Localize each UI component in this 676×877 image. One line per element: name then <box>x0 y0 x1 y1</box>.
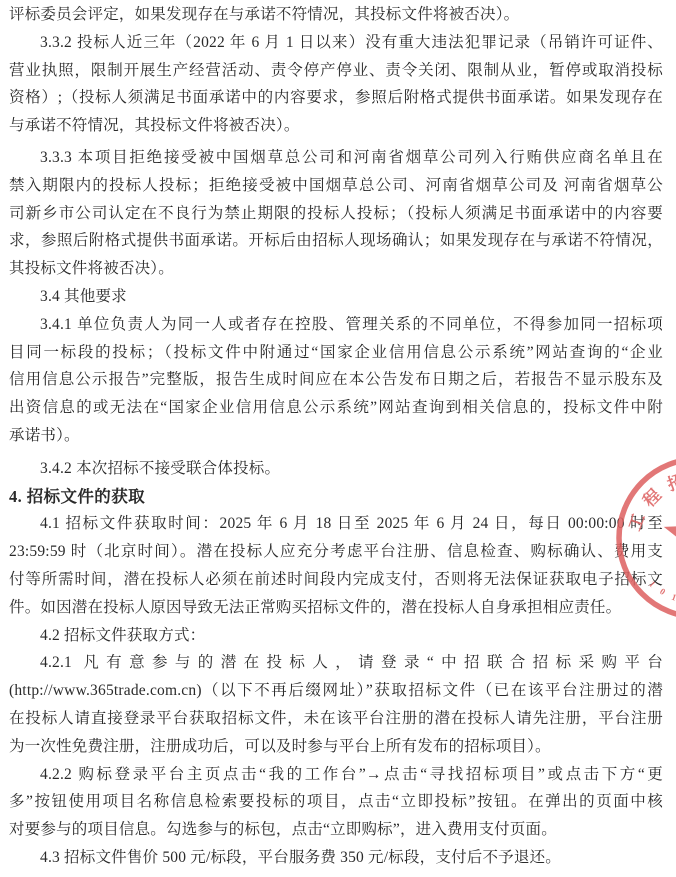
doc-line: 为一次性免费注册，注册成功后，可以及时参与平台上所有发布的招标项目）。 <box>9 733 663 761</box>
clause-4-2-1-line: 4.2.1 凡有意参与的潜在投标人，请登录“中招联合招标采购平台 <box>9 649 663 677</box>
seal-serial-digit: 0 <box>658 586 668 597</box>
seal-ring-character: 程 <box>639 485 665 511</box>
clause-3-3-2-line: 3.3.2 投标人近三年（2022 年 6 月 1 日以来）没有重大违法犯罪记录… <box>9 29 663 57</box>
doc-line: 求，参照后附格式提供书面承诺。开标后由招标人现场确认；如果发现存在与承诺不符情况… <box>9 227 663 255</box>
seal-serial-digit: 1 <box>647 579 658 589</box>
doc-line: 司新乡市公司认定在不良行为禁止期限的投标人投标；（投标人须满足书面承诺中的内容要 <box>9 200 663 228</box>
doc-line: 承诺书）。 <box>9 422 663 450</box>
doc-line: 信用信息公示报告”完整版，报告生成时间应在本公告发布日期之后，若报告不显示股东及 <box>9 366 663 394</box>
clause-3-4-1-line: 3.4.1 单位负责人为同一人或者存在控股、管理关系的不同单位，不得参加同一招标… <box>9 311 663 339</box>
official-seal-stamp: 工 程 招 1 0 1 0 <box>610 450 676 630</box>
doc-line: 其投标文件将被否决）。 <box>9 255 663 283</box>
doc-line: (http://www.365trade.com.cn)（以下不再后缀网址）”获… <box>9 677 663 705</box>
clause-4-1-line: 4.1 招标文件获取时间：2025 年 6 月 18 日至 2025 年 6 月… <box>9 510 663 538</box>
clause-4-2-line: 4.2 招标文件获取方式： <box>9 622 663 650</box>
doc-line: 付等所需时间，潜在投标人必须在前述时间段内完成支付，否则将无法保证获取电子招标文 <box>9 566 663 594</box>
clause-4-2-2-line: 4.2.2 购标登录平台主页点击“我的工作台”→点击“寻找招标项目”或点击下方“… <box>9 761 663 789</box>
clause-3-3-3-line: 3.3.3 本项目拒绝接受被中国烟草总公司和河南省烟草公司列入行贿供应商名单且在 <box>9 144 663 172</box>
document-page: 评标委员会评定，如果发现存在与承诺不符情况，其投标文件将被否决）。 3.3.2 … <box>0 0 676 877</box>
star-icon <box>664 502 676 567</box>
doc-line: 在投标人请直接登录平台获取招标文件，未在该平台注册的潜在投标人请先注册，平台注册 <box>9 705 663 733</box>
doc-line: 多”按钮使用项目名称信息检索要投标的项目，点击“立即投标”按钮。在弹出的页面中核 <box>9 788 663 816</box>
doc-line: 评标委员会评定，如果发现存在与承诺不符情况，其投标文件将被否决）。 <box>9 1 663 29</box>
doc-line: 23:59:59 时（北京时间）。潜在投标人应充分考虑平台注册、信息检查、购标确… <box>9 538 663 566</box>
section-4-heading: 4. 招标文件的获取 <box>9 483 663 511</box>
doc-line: 件。如因潜在投标人原因导致无法正常购买招标文件的，潜在投标人自身承担相应责任。 <box>9 594 663 622</box>
seal-ring-character: 招 <box>664 470 676 495</box>
doc-line: 禁入期限内的投标人投标；拒绝接受被中国烟草总公司、河南省烟草公司及 河南省烟草公 <box>9 172 663 200</box>
seal-ring-character: 工 <box>625 511 649 533</box>
doc-line: 目同一标段的投标；（投标文件中附通过“国家企业信用信息公示系统”网站查询的“企业 <box>9 339 663 367</box>
document-body: 评标委员会评定，如果发现存在与承诺不符情况，其投标文件将被否决）。 3.3.2 … <box>9 1 663 872</box>
clause-3-4-line: 3.4 其他要求 <box>9 283 663 311</box>
doc-line: 资格）;（投标人须满足书面承诺中的内容要求，参照后附格式提供书面承诺。如果发现存… <box>9 84 663 112</box>
clause-4-3-line: 4.3 招标文件售价 500 元/标段，平台服务费 350 元/标段，支付后不予… <box>9 844 663 872</box>
clause-3-4-2-line: 3.4.2 本次招标不接受联合体投标。 <box>9 455 663 483</box>
doc-line: 与承诺不符情况，其投标文件将被否决）。 <box>9 112 663 140</box>
doc-line: 营业执照，限制开展生产经营活动、责令停产停业、责令关闭、限制从业，暂停或取消投标 <box>9 57 663 85</box>
doc-line: 出资信息的或无法在“国家企业信用信息公示系统”网站查询到相关信息的，投标文件中附 <box>9 394 663 422</box>
seal-serial-digit: 1 <box>670 592 676 603</box>
doc-line: 对要参与的项目信息。勾选参与的标包，点击“立即购标”，进入费用支付页面。 <box>9 816 663 844</box>
